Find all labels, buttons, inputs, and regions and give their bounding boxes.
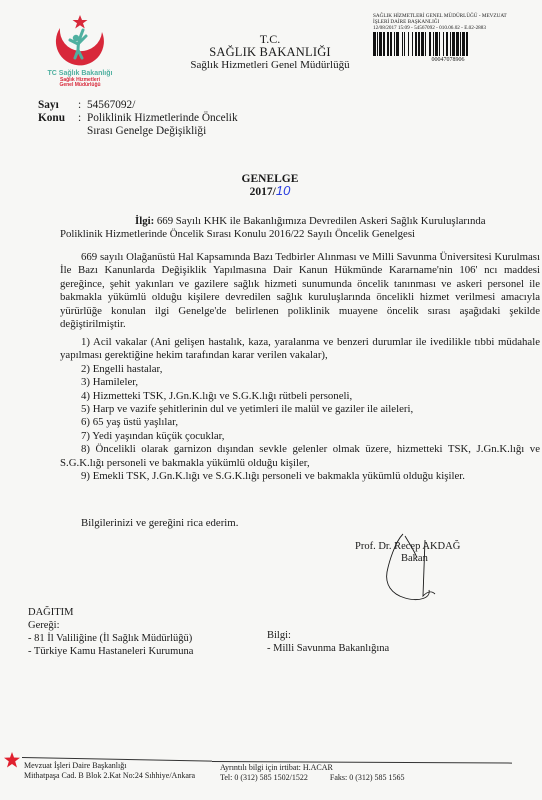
reference-text-line2: Poliklinik Hizmetlerinde Öncelik Sırası … — [60, 228, 415, 240]
footer-street: Mithatpaşa Cad. B Blok 2.Kat No:24 Sıhhi… — [24, 771, 195, 781]
star-icon — [4, 752, 20, 768]
info-label: Bilgi: — [267, 629, 389, 642]
distribution-list: DAĞITIM Gereği: - 81 İl Valiliğine (İl S… — [28, 606, 193, 658]
barcode-icon — [373, 32, 523, 56]
signatory-name: Prof. Dr. Recep AKDAĞ — [355, 541, 505, 553]
action-recipient: - 81 İl Valiliğine (İl Sağlık Müdürlüğü) — [28, 632, 193, 645]
crescent-star-icon — [40, 14, 120, 72]
letterhead: T.C. SAĞLIK BAKANLIĞI Sağlık Hizmetleri … — [170, 33, 370, 72]
sayi-label: Sayı — [38, 99, 78, 112]
footer-address: Mevzuat İşleri Daire Başkanlığı Mithatpa… — [24, 761, 195, 781]
circular-heading: GENELGE — [200, 173, 340, 185]
konu-separator: : — [78, 112, 87, 125]
konu-value-line2: Sırası Genelge Değişikliği — [38, 125, 238, 138]
priority-list-item: 6) 65 yaş üstü yaşlılar, — [60, 416, 540, 429]
action-recipient: - Türkiye Kamu Hastaneleri Kurumuna — [28, 645, 193, 658]
priority-list-item: 1) Acil vakalar (Ani gelişen hastalık, k… — [60, 336, 540, 363]
action-label: Gereği: — [28, 619, 193, 632]
info-recipient: - Milli Savunma Bakanlığına — [267, 642, 389, 655]
footer-contact-person: Ayrıntılı bilgi için irtibat: H.ACAR — [220, 763, 405, 773]
sayi-separator: : — [78, 99, 87, 112]
priority-list-item: 8) Öncelikli olarak garnizon dışından se… — [60, 443, 540, 470]
footer-dept: Mevzuat İşleri Daire Başkanlığı — [24, 761, 195, 771]
circular-title: GENELGE 2017/10 — [200, 173, 340, 198]
logo-org-name: TC Sağlık Bakanlığı — [40, 70, 120, 77]
footer-tel: Tel: 0 (312) 585 1502/1522 — [220, 773, 308, 782]
circular-number-handwritten: 10 — [276, 183, 290, 198]
footer-fax: Faks: 0 (312) 585 1565 — [330, 773, 405, 782]
priority-list-item: 3) Hamileler, — [60, 376, 540, 389]
circular-number: 2017/10 — [200, 185, 340, 198]
logo-unit-name: Sağlık Hizmetleri Genel Müdürlüğü — [40, 78, 120, 88]
signatory-title: Bakan — [355, 553, 505, 565]
priority-list-item: 9) Emekli TSK, J.Gn.K.lığı ve S.G.K.lığı… — [60, 470, 540, 483]
letterhead-ministry: SAĞLIK BAKANLIĞI — [170, 46, 370, 59]
info-distribution: Bilgi: - Milli Savunma Bakanlığına — [267, 629, 389, 655]
sayi-value: 54567092/ — [87, 99, 135, 112]
document-barcode-block: SAĞLIK HİZMETLERİ GENEL MÜDÜRLÜĞÜ - MEVZ… — [373, 13, 538, 63]
letterhead-directorate: Sağlık Hizmetleri Genel Müdürlüğü — [170, 59, 370, 72]
signature-block: Prof. Dr. Recep AKDAĞ Bakan — [355, 541, 505, 565]
footer-contact: Ayrıntılı bilgi için irtibat: H.ACAR Tel… — [220, 763, 405, 783]
barcode-line3: 12/08/2017 15:09 - 54567092 - 010.06.02 … — [373, 25, 538, 31]
priority-list-item: 4) Hizmetteki TSK, J.Gn.K.lığı ve S.G.K.… — [60, 390, 540, 403]
priority-list: 1) Acil vakalar (Ani gelişen hastalık, k… — [60, 336, 540, 483]
priority-list-item: 5) Harp ve vazife şehitlerinin dul ve ye… — [60, 403, 540, 416]
closing-line: Bilgilerinizi ve gereğini rica ederim. — [81, 517, 238, 529]
barcode-number: 00047078906 — [373, 57, 523, 63]
konu-value-line1: Poliklinik Hizmetlerinde Öncelik — [87, 112, 238, 125]
reference-text-line1: 669 Sayılı KHK ile Bakanlığımıza Devredi… — [157, 215, 486, 227]
circular-number-prefix: 2017/ — [250, 186, 276, 198]
reference-paragraph: İlgi: 669 Sayılı KHK ile Bakanlığımıza D… — [60, 215, 540, 242]
main-paragraph: 669 sayılı Olağanüstü Hal Kapsamında Baz… — [60, 251, 540, 331]
konu-label: Konu — [38, 112, 78, 125]
distribution-heading: DAĞITIM — [28, 606, 193, 619]
document-meta: Sayı : 54567092/ Konu : Poliklinik Hizme… — [38, 99, 238, 138]
priority-list-item: 2) Engelli hastalar, — [60, 363, 540, 376]
reference-label: İlgi: — [135, 215, 154, 227]
priority-list-item: 7) Yedi yaşından küçük çocuklar, — [60, 430, 540, 443]
ministry-logo: TC Sağlık Bakanlığı Sağlık Hizmetleri Ge… — [40, 14, 120, 88]
logo-unit-line2: Genel Müdürlüğü — [40, 83, 120, 88]
